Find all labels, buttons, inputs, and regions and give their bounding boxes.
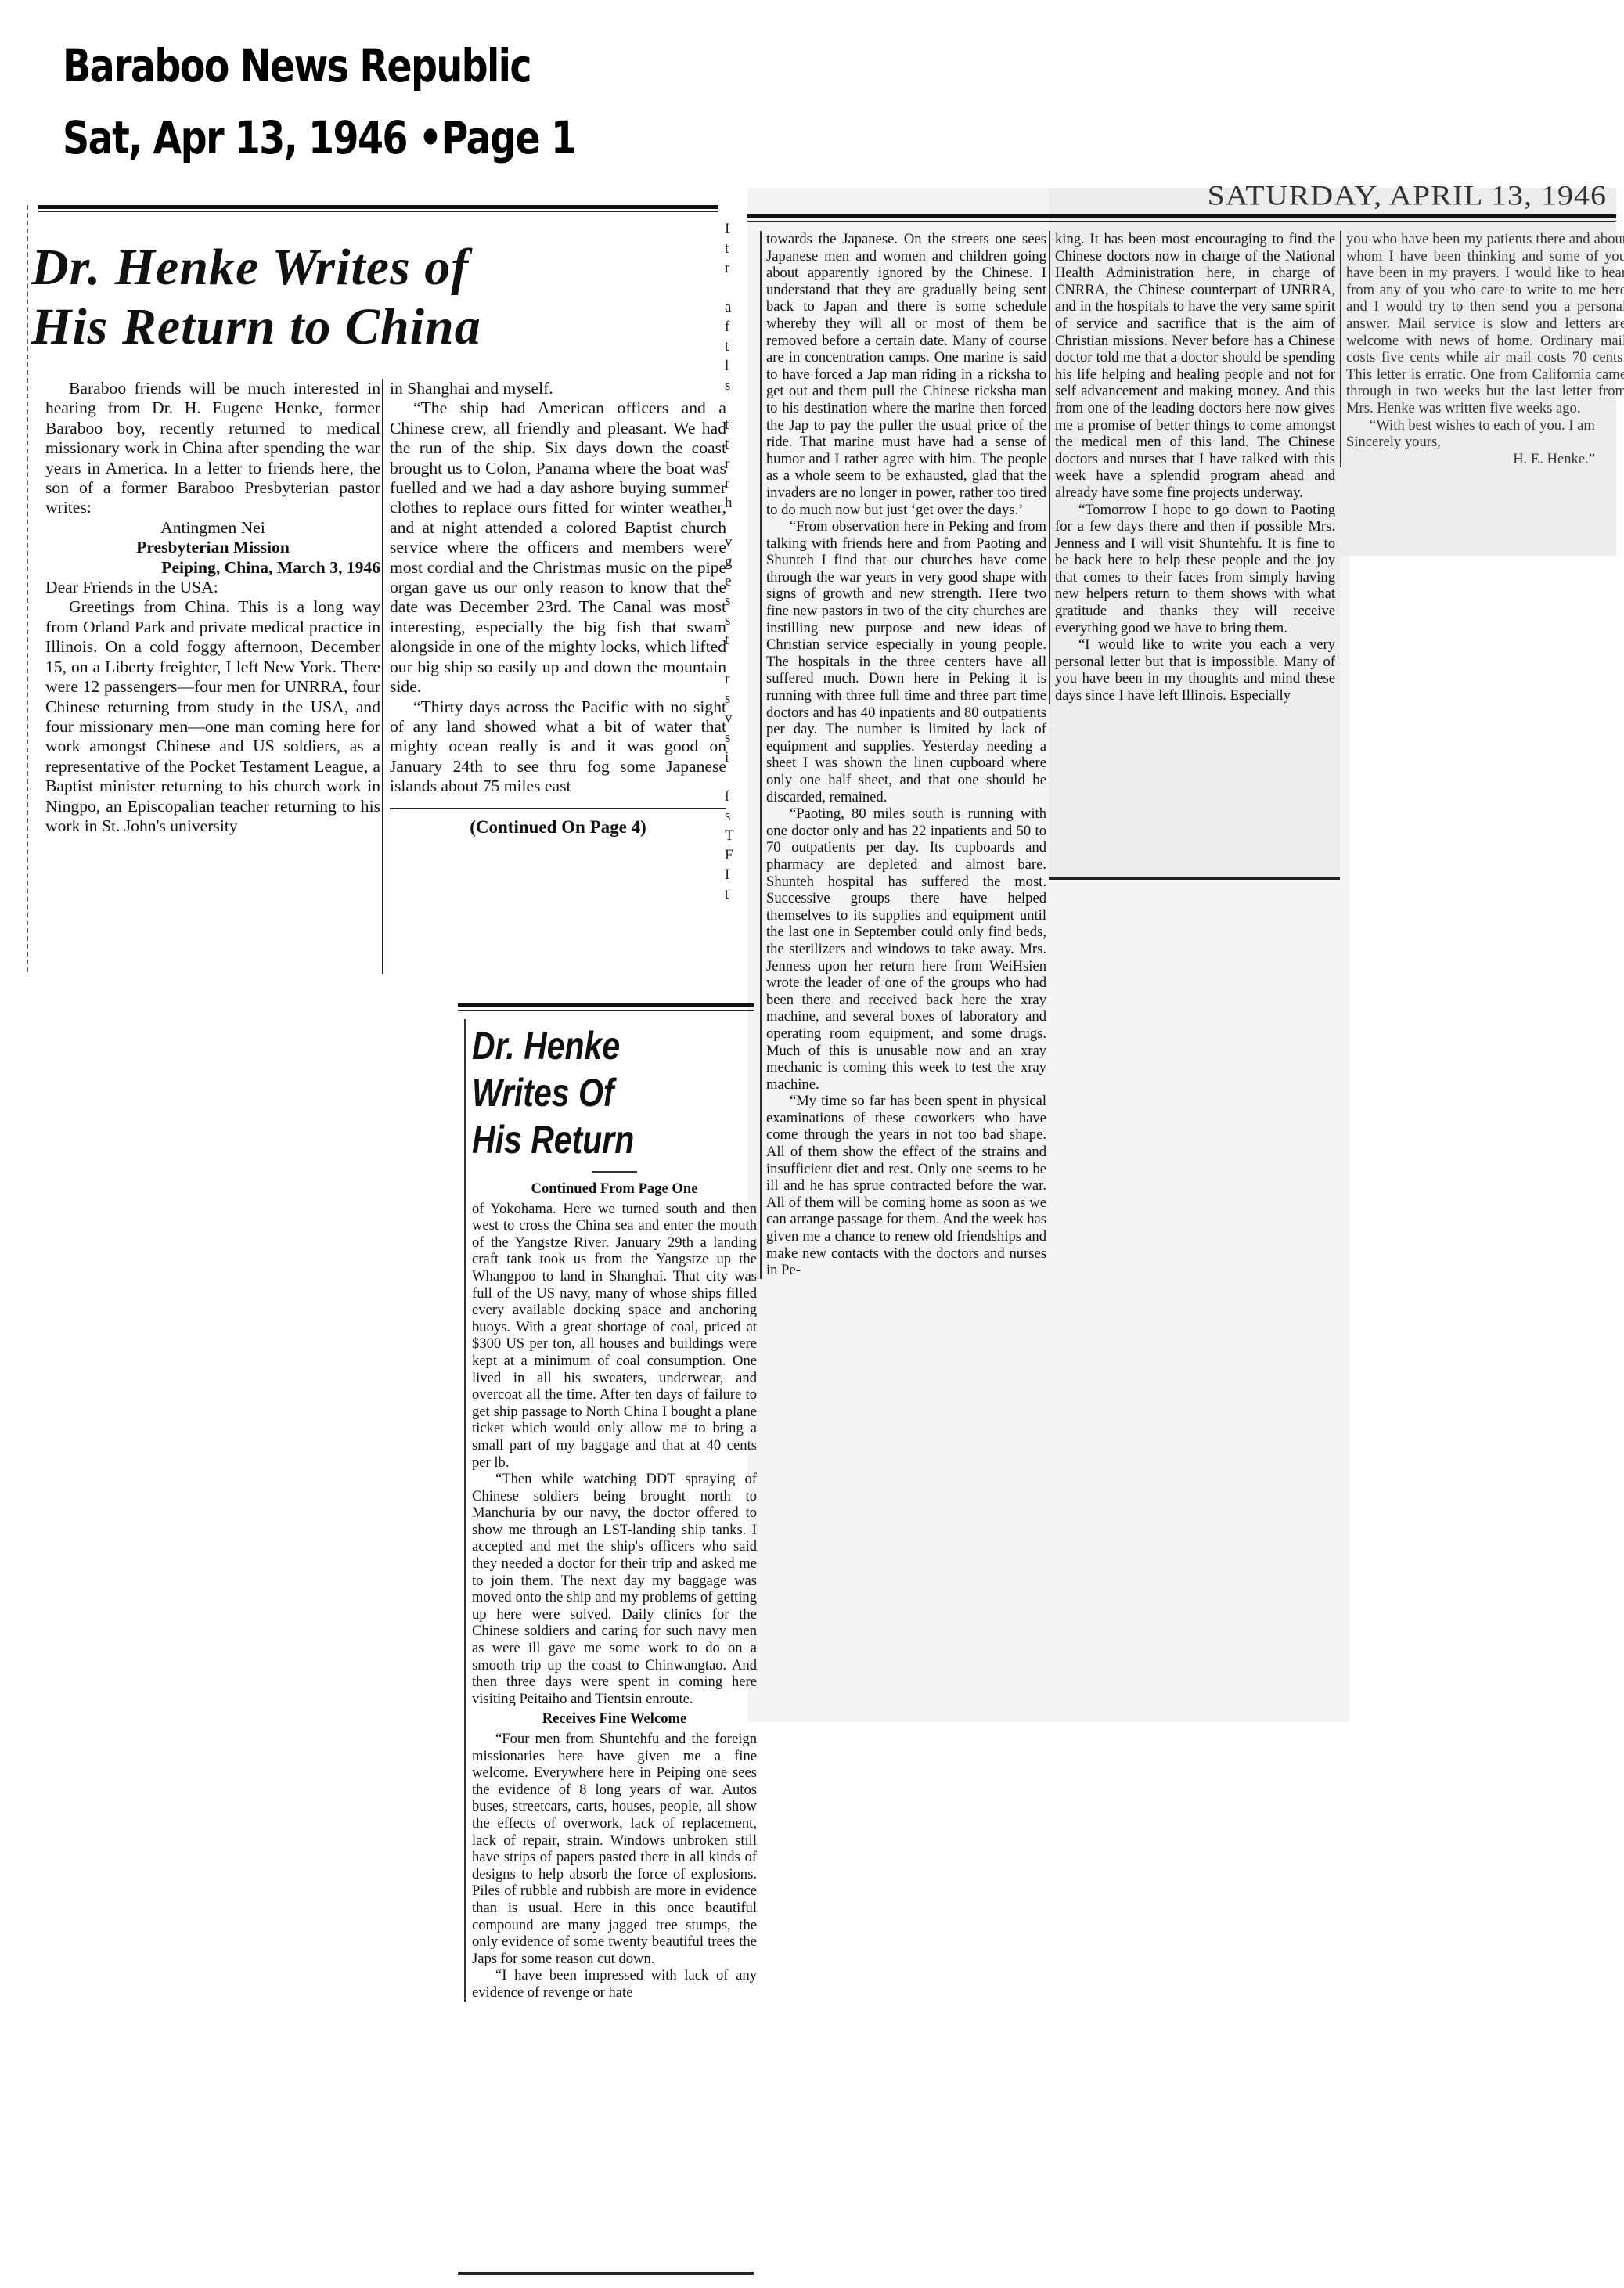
body-paragraph: “The ship had American officers and a Ch… (390, 398, 726, 697)
headline: Dr. Henke Writes Of His Return (472, 1022, 705, 1163)
end-rule (1049, 877, 1340, 880)
newspaper-name: Baraboo News Republic (63, 30, 575, 102)
masthead: Baraboo News Republic Sat, Apr 13, 1946 … (63, 30, 575, 174)
article-column-c: you who have been my patients there and … (1340, 231, 1624, 467)
article-column-b: king. It has been most encouraging to fi… (1049, 231, 1335, 704)
body-paragraph: “I have been impressed with lack of any … (472, 1967, 757, 2001)
article-column-2: in Shanghai and myself. “The ship had Am… (382, 379, 726, 974)
article-column: Dr. Henke Writes Of His Return Continued… (464, 1019, 757, 2002)
continued-from-notice: Continued From Page One (472, 1180, 757, 1198)
body-paragraph: “Thirty days across the Pacific with no … (390, 697, 726, 797)
body-paragraph: of Yokohama. Here we turned south and th… (472, 1201, 757, 1472)
article-column-1: Baraboo friends will be much interested … (45, 379, 380, 836)
divider (592, 1171, 637, 1173)
letter-address-line: Antingmen Nei (45, 518, 380, 538)
letter-dateline: Peiping, China, March 3, 1946 (45, 558, 380, 578)
body-paragraph: “Four men from Shuntehfu and the foreign… (472, 1731, 757, 1967)
body-paragraph: Greetings from China. This is a long way… (45, 597, 380, 836)
column-border (27, 205, 28, 972)
body-paragraph: “Tomorrow I hope to go down to Paoting f… (1055, 502, 1335, 637)
top-rule (747, 214, 1616, 222)
adjacent-column-fragment: ItraftlsttrrhvgesstrsvsifsTFIt (725, 219, 736, 986)
letter-address-line: Presbyterian Mission (45, 538, 380, 557)
continued-notice: (Continued On Page 4) (390, 808, 726, 838)
issue-date-page: Sat, Apr 13, 1946 •Page 1 (63, 102, 575, 174)
body-paragraph: “My time so far has been spent in physic… (766, 1093, 1046, 1279)
body-paragraph: towards the Japanese. On the streets one… (766, 231, 1046, 518)
subheading: Receives Fine Welcome (472, 1710, 757, 1728)
intro-paragraph: Baraboo friends will be much interested … (45, 379, 380, 518)
body-paragraph: king. It has been most encouraging to fi… (1055, 231, 1335, 502)
body-paragraph: you who have been my patients there and … (1346, 231, 1624, 417)
body-paragraph: “Paoting, 80 miles south is running with… (766, 805, 1046, 1093)
page-dateline: SATURDAY, APRIL 13, 1946 (1208, 178, 1607, 211)
body-paragraph: in Shanghai and myself. (390, 379, 726, 398)
clipping-page-four: Dr. Henke Writes Of His Return Continued… (458, 1003, 754, 2279)
letter-signature: H. E. Henke.” (1346, 451, 1624, 468)
body-paragraph: “Then while watching DDT spraying of Chi… (472, 1471, 757, 1707)
article-column-a: towards the Japanese. On the streets one… (760, 231, 1046, 1279)
letter-salutation: Dear Friends in the USA: (45, 578, 380, 597)
body-paragraph: “From observation here in Peking and fro… (766, 518, 1046, 805)
end-rule (458, 2272, 754, 2275)
top-rule (458, 1003, 754, 1011)
clipping-continuation-page: SATURDAY, APRIL 13, 1946 towards the Jap… (747, 188, 1616, 892)
top-rule (38, 205, 718, 212)
letter-closing: “With best wishes to each of you. I am S… (1346, 417, 1624, 451)
body-paragraph: “I would like to write you each a very p… (1055, 636, 1335, 704)
headline: Dr. Henke Writes of His Return to China (31, 238, 481, 357)
clipping-front-page: Dr. Henke Writes of His Return to China … (14, 205, 722, 980)
